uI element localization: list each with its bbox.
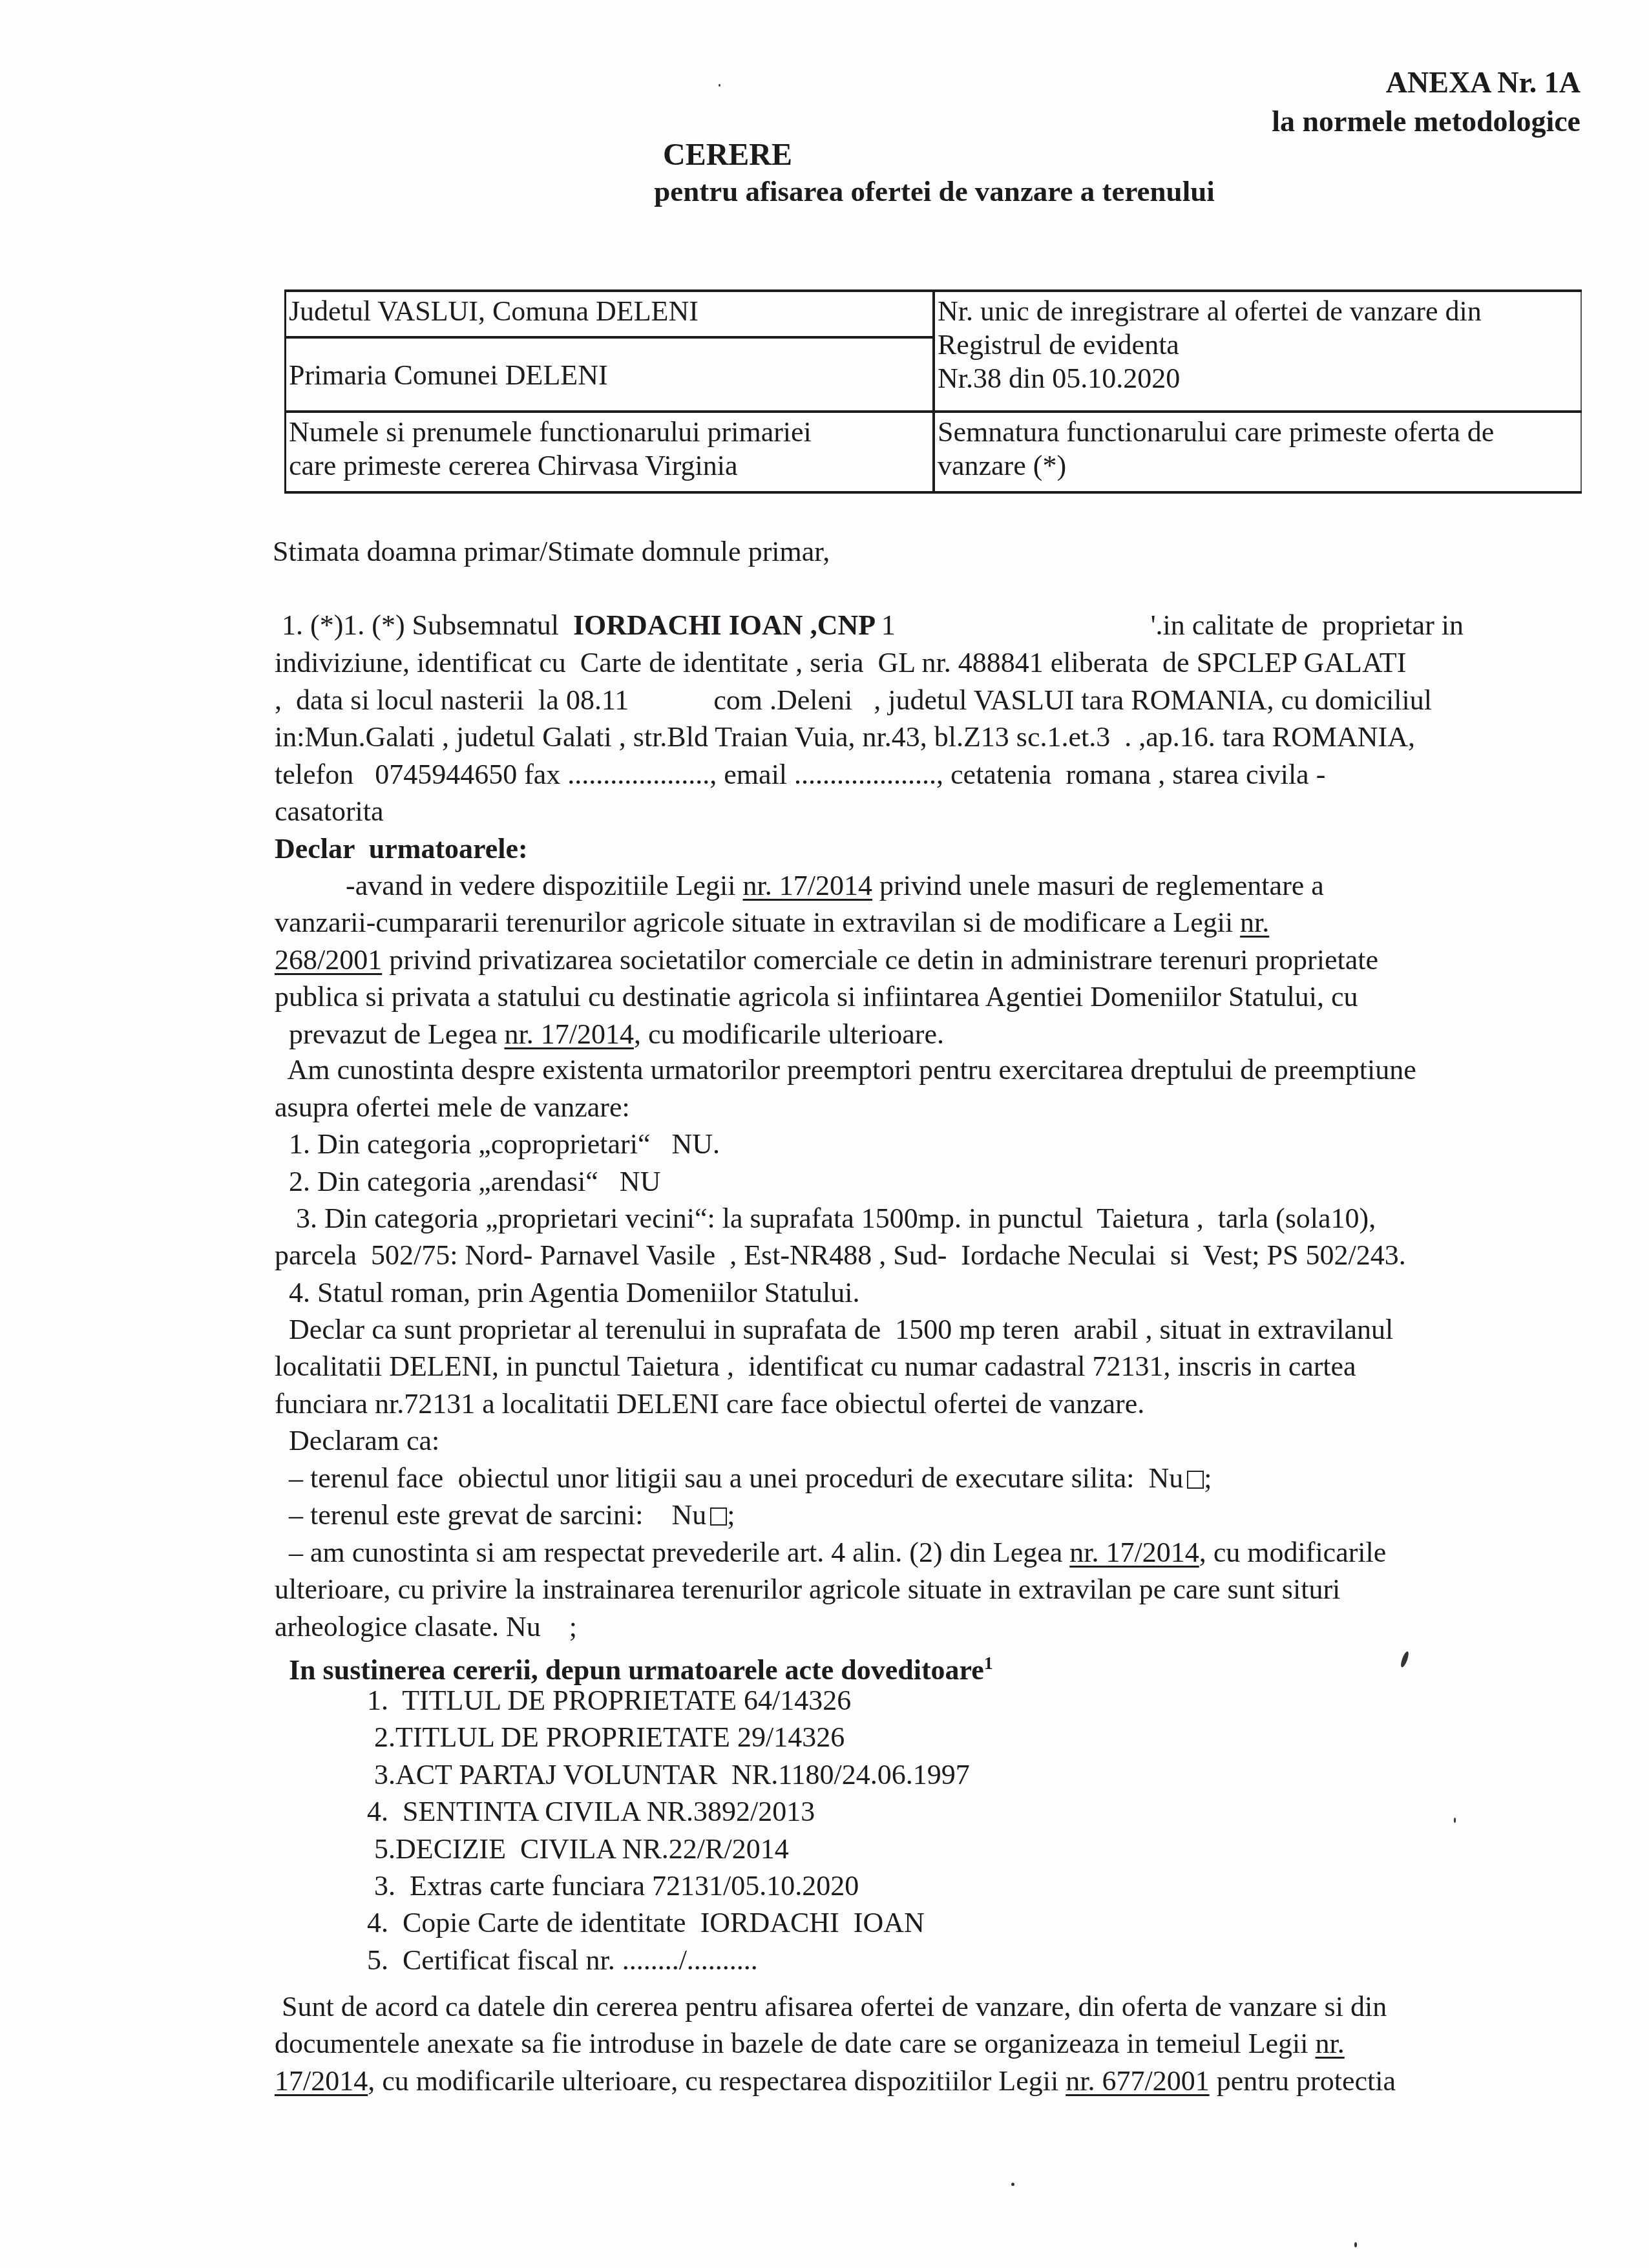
law-paragraph-line: prevazut de Legea nr. 17/2014, cu modifi…: [275, 1018, 944, 1051]
line-text: privind unele masuri de reglementare a: [872, 870, 1324, 901]
preemptors-intro-1: Am cunostinta despre existenta urmatoril…: [275, 1053, 1416, 1087]
archaeology-line: arheologice clasate. Nu ;: [275, 1610, 577, 1644]
archaeology-line: ulterioare, cu privire la instrainarea t…: [275, 1573, 1340, 1606]
supporting-doc-item: 4. SENTINTA CIVILA NR.3892/2013: [367, 1795, 815, 1829]
line-text: publica si privata a statului cu destina…: [275, 981, 1358, 1013]
signature-label-line1: Semnatura functionarului care primeste o…: [938, 415, 1578, 449]
supporting-docs-heading-text: In sustinerea cererii, depun urmatoarele…: [275, 1654, 984, 1686]
annex-subtitle: la normele metodologice: [1272, 103, 1581, 140]
law-reference-link[interactable]: nr. 17/2014: [1069, 1537, 1199, 1568]
law-paragraph-line: publica si privata a statului cu destina…: [275, 980, 1358, 1014]
law-paragraph-line: -avand in vedere dispozitiile Legii nr. …: [275, 869, 1324, 903]
cnp-visible: 1: [881, 609, 896, 641]
line-text: , cu modificarile ulterioare, cu respect…: [368, 2065, 1066, 2097]
consent-line: Sunt de acord ca datele din cererea pent…: [275, 1990, 1387, 2024]
applicant-line-1: 1. (*)1. (*) Subsemnatul IORDACHI IOAN ,…: [275, 609, 1464, 642]
registration-table: Judetul VASLUI, Comuna DELENI Nr. unic d…: [284, 289, 1582, 494]
registration-number-cell: Nr. unic de inregistrare al ofertei de v…: [934, 291, 1581, 412]
line-text: vanzarii-cumpararii terenurilor agricole…: [275, 907, 1240, 938]
official-name-line2: care primeste cererea Chirvasa Virginia: [289, 449, 930, 483]
line-text: – am cunostinta si am respectat preveder…: [275, 1537, 1069, 1568]
law-reference-link[interactable]: nr.: [1240, 907, 1269, 938]
scan-artifact: [1354, 2242, 1357, 2247]
supporting-doc-item: 2.TITLUL DE PROPRIETATE 29/14326: [367, 1721, 845, 1754]
line-text: documentele anexate sa fie introduse in …: [275, 2028, 1316, 2059]
encumbrance-checkbox[interactable]: [710, 1507, 727, 1526]
ownership-line: localitatii DELENI, in punctul Taietura …: [275, 1350, 1356, 1383]
supporting-doc-item: 5.DECIZIE CIVILA NR.22/R/2014: [367, 1832, 789, 1866]
annex-number: ANEXA Nr. 1A: [1386, 65, 1581, 101]
official-signature-cell: Semnatura functionarului care primeste o…: [934, 412, 1581, 492]
birth-date-partial: 08.11: [566, 684, 629, 716]
law-reference-link[interactable]: nr.: [1316, 2028, 1345, 2059]
statement-end: ;: [727, 1499, 735, 1531]
preemptor-item: 2. Din categoria „arendasi“ NU: [275, 1165, 660, 1199]
city-hall: Primaria Comunei DELENI: [289, 359, 930, 392]
document-page: ANEXA Nr. 1A la normele metodologice CER…: [0, 0, 1649, 2268]
official-name-cell: Numele si prenumele functionarului prima…: [286, 412, 934, 492]
applicant-line-3: , data si locul nasterii la 08.11 com .D…: [275, 684, 1432, 717]
scan-artifact: [719, 84, 720, 87]
statement-encumbrance: – terenul este grevat de sarcini: Nu;: [275, 1498, 735, 1532]
line-text: prevazut de Legea: [275, 1018, 504, 1050]
litigation-checkbox[interactable]: [1187, 1471, 1204, 1489]
archaeology-line: – am cunostinta si am respectat preveder…: [275, 1536, 1386, 1570]
county-commune: Judetul VASLUI, Comuna DELENI: [289, 295, 930, 328]
salutation: Stimata doamna primar/Stimate domnule pr…: [273, 535, 830, 569]
law-reference-link[interactable]: 268/2001: [275, 944, 382, 976]
ownership-line: Declar ca sunt proprietar al terenului i…: [275, 1313, 1393, 1347]
scan-artifact: [1011, 2183, 1014, 2186]
statement-text: – terenul face obiectul unor litigii sau…: [275, 1462, 1183, 1494]
city-hall-cell: Primaria Comunei DELENI: [286, 337, 934, 412]
line-text: , cu modificarile: [1199, 1537, 1387, 1568]
line-text: , cu modificarile ulterioare.: [634, 1018, 944, 1050]
table-row: Numele si prenumele functionarului prima…: [286, 412, 1582, 492]
line-text: arheologice clasate. Nu ;: [275, 1611, 577, 1643]
document-title: CERERE: [0, 137, 1552, 173]
line-text: pentru protectia: [1210, 2065, 1396, 2097]
declaration-heading: Declar urmatoarele:: [275, 832, 528, 866]
consent-line: documentele anexate sa fie introduse in …: [275, 2027, 1345, 2061]
line-text: -avand in vedere dispozitiile Legii: [275, 870, 743, 901]
statement-text: – terenul este grevat de sarcini: Nu: [275, 1499, 706, 1531]
footnote-mark: 1: [984, 1654, 993, 1674]
intro-suffix: '.in calitate de proprietar in: [1151, 609, 1464, 641]
table-row: Judetul VASLUI, Comuna DELENI Nr. unic d…: [286, 291, 1582, 337]
law-reference-link[interactable]: nr. 17/2014: [743, 870, 872, 901]
signature-label-line2: vanzare (*): [938, 449, 1578, 483]
supporting-doc-item: 4. Copie Carte de identitate IORDACHI IO…: [367, 1906, 925, 1940]
law-paragraph-line: 268/2001 privind privatizarea societatil…: [275, 943, 1378, 977]
official-name-line1: Numele si prenumele functionarului prima…: [289, 415, 930, 449]
statement-end: ;: [1204, 1462, 1212, 1494]
applicant-name-cnp: IORDACHI IOAN ,CNP: [573, 609, 881, 641]
registration-label: Nr. unic de inregistrare al ofertei de v…: [938, 295, 1578, 328]
law-reference-link[interactable]: 17/2014: [275, 2065, 368, 2097]
supporting-doc-item: 1. TITLUL DE PROPRIETATE 64/14326: [367, 1684, 851, 1717]
supporting-docs-heading: In sustinerea cererii, depun urmatoarele…: [275, 1647, 993, 1687]
preemptor-item: 1. Din categoria „coproprietari“ NU.: [275, 1128, 720, 1161]
applicant-line-5: telefon 0745944650 fax .................…: [275, 758, 1325, 792]
supporting-doc-item: 5. Certificat fiscal nr. ......../......…: [367, 1944, 758, 1977]
intro-prefix: 1. (*)1. (*) Subsemnatul: [275, 609, 573, 641]
preemptors-intro-2: asupra ofertei mele de vanzare:: [275, 1091, 630, 1124]
supporting-doc-item: 3.ACT PARTAJ VOLUNTAR NR.1180/24.06.1997: [367, 1758, 970, 1792]
consent-line: 17/2014, cu modificarile ulterioare, cu …: [275, 2064, 1396, 2098]
registration-number: Nr.38 din 05.10.2020: [938, 362, 1578, 395]
birth-suffix: com .Deleni , judetul VASLUI tara ROMANI…: [706, 684, 1432, 716]
law-paragraph-line: vanzarii-cumpararii terenurilor agricole…: [275, 906, 1269, 940]
scan-artifact: [1400, 1650, 1410, 1668]
law-reference-link[interactable]: nr. 17/2014: [504, 1018, 633, 1050]
applicant-line-2: indiviziune, identificat cu Carte de ide…: [275, 646, 1406, 680]
line-text: ulterioare, cu privire la instrainarea t…: [275, 1573, 1340, 1605]
scan-artifact: [1454, 1818, 1456, 1823]
preemptor-item: 3. Din categoria „proprietari vecini“: l…: [275, 1202, 1376, 1235]
declaram-heading: Declaram ca:: [275, 1424, 439, 1458]
preemptor-item: 4. Statul roman, prin Agentia Domeniilor…: [275, 1276, 860, 1310]
ownership-line: funciara nr.72131 a localitatii DELENI c…: [275, 1387, 1144, 1421]
document-subtitle: pentru afisarea ofertei de vanzare a ter…: [110, 174, 1649, 208]
statement-litigation: – terenul face obiectul unor litigii sau…: [275, 1462, 1212, 1495]
supporting-doc-item: 3. Extras carte funciara 72131/05.10.202…: [367, 1869, 859, 1903]
line-text: privind privatizarea societatilor comerc…: [382, 944, 1378, 976]
preemptor-item: parcela 502/75: Nord- Parnavel Vasile , …: [275, 1239, 1406, 1272]
line-text: Sunt de acord ca datele din cererea pent…: [275, 1991, 1387, 2022]
applicant-line-4: in:Mun.Galati , judetul Galati , str.Bld…: [275, 720, 1415, 754]
registry-label: Registrul de evidenta: [938, 328, 1578, 362]
law-reference-link[interactable]: nr. 677/2001: [1066, 2065, 1209, 2097]
applicant-line-6: casatorita: [275, 795, 384, 828]
birth-prefix: , data si locul nasterii la: [275, 684, 566, 716]
county-cell: Judetul VASLUI, Comuna DELENI: [286, 291, 934, 337]
